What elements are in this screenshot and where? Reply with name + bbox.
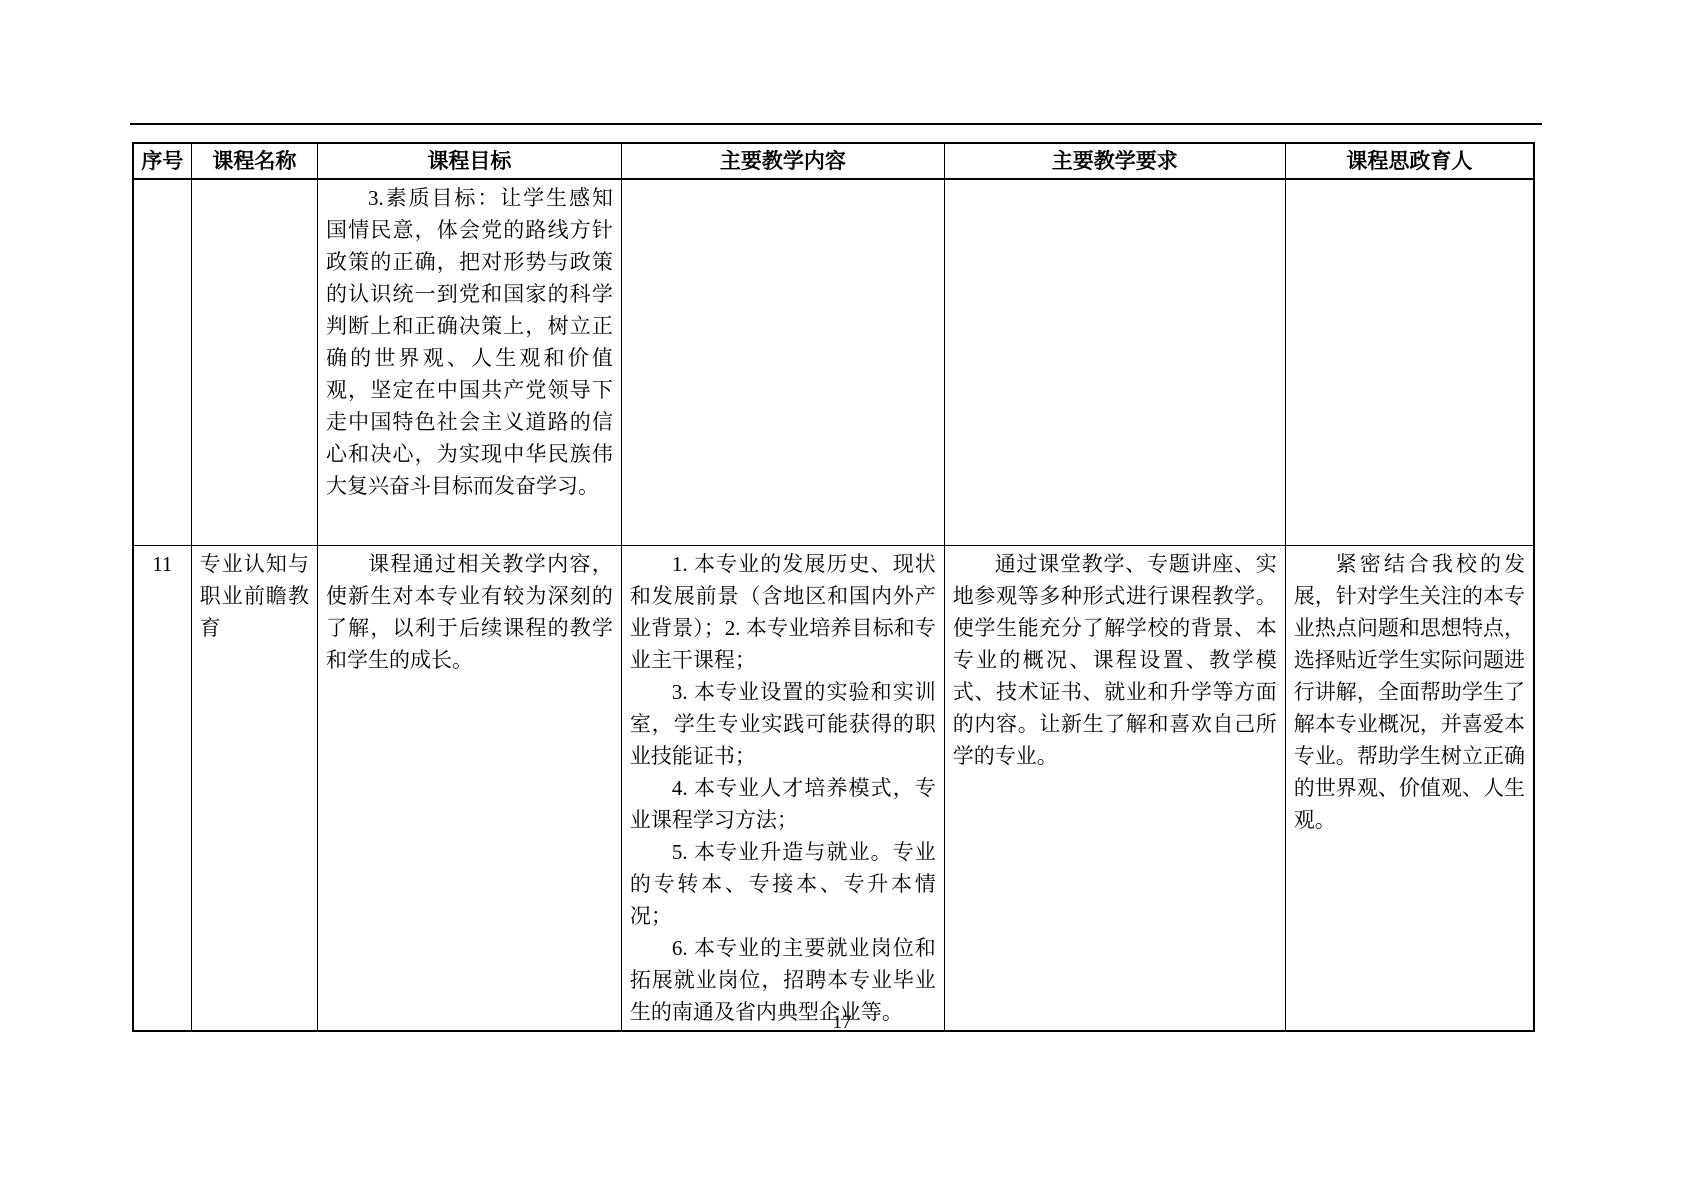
ideology-paragraph: 紧密结合我校的发展，针对学生关注的本专业热点问题和思想特点，选择贴近学生实际问题…	[1294, 548, 1525, 836]
content-paragraph: 5. 本专业升造与就业。专业的专转本、专接本、专升本情况；	[630, 836, 936, 932]
cell-course-goal: 课程通过相关教学内容，使新生对本专业有较为深刻的了解，以利于后续课程的教学和学生…	[318, 545, 622, 1031]
course-name-text: 专业认知与职业前瞻教育	[200, 548, 309, 644]
cell-course-name: 专业认知与职业前瞻教育	[191, 545, 317, 1031]
cell-seq: 11	[133, 545, 191, 1031]
cell-ideology-education: 紧密结合我校的发展，针对学生关注的本专业热点问题和思想特点，选择贴近学生实际问题…	[1285, 545, 1534, 1031]
cell-course-name	[191, 179, 317, 545]
header-course-name: 课程名称	[191, 143, 317, 179]
cell-teaching-content: 1. 本专业的发展历史、现状和发展前景（含地区和国内外产业背景）；2. 本专业培…	[621, 545, 944, 1031]
header-course-goal: 课程目标	[318, 143, 622, 179]
cell-teaching-requirement: 通过课堂教学、专题讲座、实地参观等多种形式进行课程教学。使学生能充分了解学校的背…	[944, 545, 1285, 1031]
table-row-continuation: 3.素质目标：让学生感知国情民意，体会党的路线方针政策的正确，把对形势与政策的认…	[133, 179, 1534, 545]
cell-course-goal: 3.素质目标：让学生感知国情民意，体会党的路线方针政策的正确，把对形势与政策的认…	[318, 179, 622, 545]
document-page: 序号 课程名称 课程目标 主要教学内容 主要教学要求 课程思政育人 3.素质目标…	[0, 0, 1684, 1191]
header-ideology-education: 课程思政育人	[1285, 143, 1534, 179]
content-paragraph: 3. 本专业设置的实验和实训室，学生专业实践可能获得的职业技能证书；	[630, 676, 936, 772]
cell-seq	[133, 179, 191, 545]
table-row-11: 11 专业认知与职业前瞻教育 课程通过相关教学内容，使新生对本专业有较为深刻的了…	[133, 545, 1534, 1031]
header-teaching-content: 主要教学内容	[621, 143, 944, 179]
requirement-paragraph: 通过课堂教学、专题讲座、实地参观等多种形式进行课程教学。使学生能充分了解学校的背…	[953, 548, 1277, 772]
course-overview-table: 序号 课程名称 课程目标 主要教学内容 主要教学要求 课程思政育人 3.素质目标…	[132, 142, 1535, 1032]
content-paragraph: 1. 本专业的发展历史、现状和发展前景（含地区和国内外产业背景）；2. 本专业培…	[630, 548, 936, 676]
goal-paragraph: 课程通过相关教学内容，使新生对本专业有较为深刻的了解，以利于后续课程的教学和学生…	[326, 548, 613, 676]
content-paragraph: 4. 本专业人才培养模式，专业课程学习方法；	[630, 772, 936, 836]
cell-teaching-content	[621, 179, 944, 545]
page-number: 17	[0, 1012, 1684, 1034]
table-header-row: 序号 课程名称 课程目标 主要教学内容 主要教学要求 课程思政育人	[133, 143, 1534, 179]
cell-teaching-requirement	[944, 179, 1285, 545]
goal-paragraph: 3.素质目标：让学生感知国情民意，体会党的路线方针政策的正确，把对形势与政策的认…	[326, 182, 613, 502]
header-teaching-requirement: 主要教学要求	[944, 143, 1285, 179]
cell-ideology-education	[1285, 179, 1534, 545]
header-seq: 序号	[133, 143, 191, 179]
page-header-rule	[130, 123, 1542, 125]
